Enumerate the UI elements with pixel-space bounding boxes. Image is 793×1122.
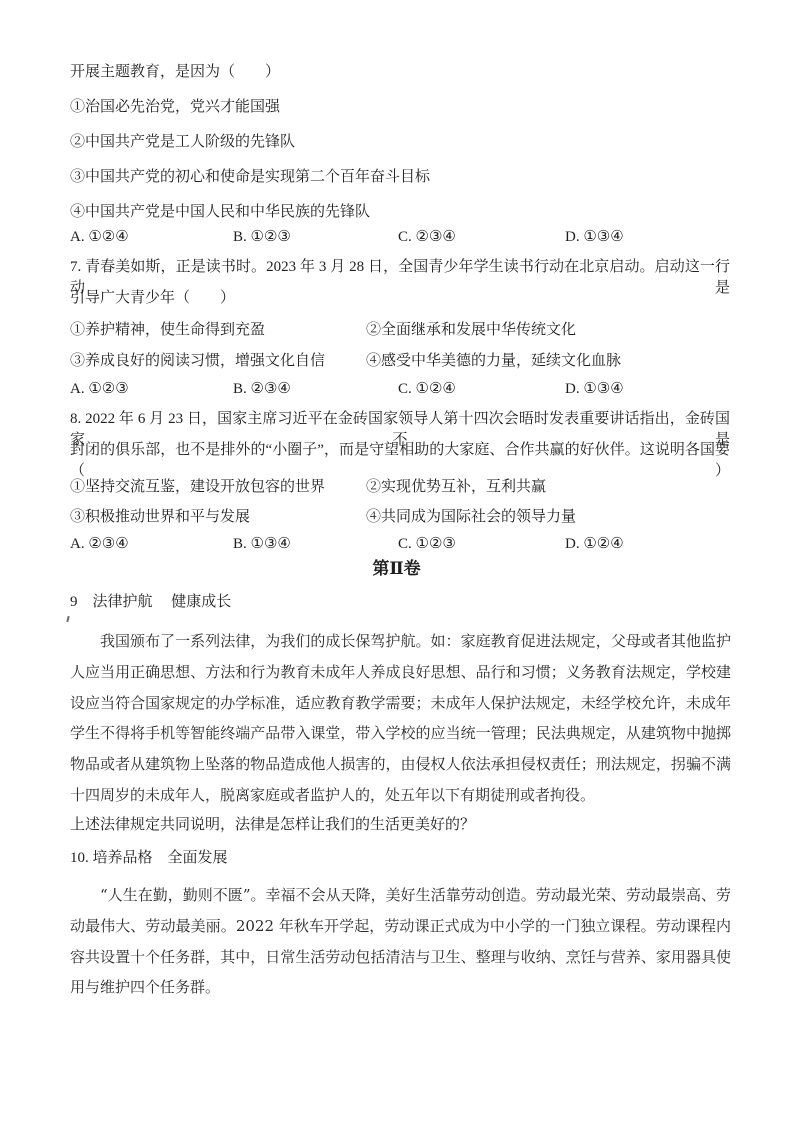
q8-choice-d: D. ①②④ xyxy=(565,534,624,553)
q6-option-1: ①治国必先治党，党兴才能国强 xyxy=(70,97,730,118)
q10-passage: “人生在勤，勤则不匮”。幸福不会从天降，美好生活靠劳动创造。劳动最光荣、劳动最崇… xyxy=(70,880,731,1003)
q8-option-1: ①坚持交流互鉴，建设开放包容的世界 xyxy=(70,475,325,496)
q7-options-row1: ①养护精神，使生命得到充盈 ②全面继承和发展中华传统文化 xyxy=(70,318,730,339)
q7-option-4: ④感受中华美德的力量，延续文化血脉 xyxy=(366,349,621,370)
q6-option-4: ④中国共产党是中国人民和中华民族的先锋队 xyxy=(70,202,730,223)
q7-choice-d: D. ①③④ xyxy=(565,379,624,398)
q6-option-2: ②中国共产党是工人阶级的先锋队 xyxy=(70,132,730,153)
q9-question: 上述法律规定共同说明，法律是怎样让我们的生活更美好的？ xyxy=(70,815,730,836)
q7-choices-row: A. ①②③ B. ②③④ C. ①②④ D. ①③④ xyxy=(70,379,730,400)
q8-choice-a: A. ②③④ xyxy=(70,534,129,553)
q8-option-4: ④共同成为国际社会的领导力量 xyxy=(366,505,576,526)
q7-choice-b: B. ②③④ xyxy=(233,379,291,398)
q6-choice-b: B. ①②③ xyxy=(233,227,291,246)
q8-option-3: ③积极推动世界和平与发展 xyxy=(70,505,250,526)
q7-option-1: ①养护精神，使生命得到充盈 xyxy=(70,318,265,339)
q7-option-2: ②全面继承和发展中华传统文化 xyxy=(366,318,576,339)
q7-stem-line2: 引导广大青少年（ ） xyxy=(70,288,730,309)
q7-option-3: ③养成良好的阅读习惯，增强文化自信 xyxy=(70,349,325,370)
q8-choice-b: B. ①③④ xyxy=(233,534,291,553)
q9-title: 9 法律护航 健康成长 xyxy=(70,592,730,613)
q8-options-row2: ③积极推动世界和平与发展 ④共同成为国际社会的领导力量 xyxy=(70,505,730,526)
q8-choice-c: C. ①②③ xyxy=(398,534,456,553)
q8-choices-row: A. ②③④ B. ①③④ C. ①②③ D. ①②④ xyxy=(70,534,730,555)
q10-title: 10. 培养品格 全面发展 xyxy=(70,848,730,869)
q7-choice-a: A. ①②③ xyxy=(70,379,129,398)
q6-choice-c: C. ②③④ xyxy=(398,227,456,246)
q7-options-row2: ③养成良好的阅读习惯，增强文化自信 ④感受中华美德的力量，延续文化血脉 xyxy=(70,349,730,370)
q7-choice-c: C. ①②④ xyxy=(398,379,456,398)
exam-document-page: 开展主题教育，是因为（ ） ①治国必先治党，党兴才能国强 ②中国共产党是工人阶级… xyxy=(0,0,793,1122)
q6-choice-d: D. ①③④ xyxy=(565,227,624,246)
scan-artifact-mark xyxy=(66,616,69,622)
q8-option-2: ②实现优势互补，互利共赢 xyxy=(366,475,546,496)
q6-choice-a: A. ①②④ xyxy=(70,227,129,246)
q6-choices-row: A. ①②④ B. ①②③ C. ②③④ D. ①③④ xyxy=(70,227,730,248)
q6-stem: 开展主题教育，是因为（ ） xyxy=(70,62,730,83)
q8-options-row1: ①坚持交流互鉴，建设开放包容的世界 ②实现优势互补，互利共赢 xyxy=(70,475,730,496)
q6-option-3: ③中国共产党的初心和使命是实现第二个百年奋斗目标 xyxy=(70,167,730,188)
q9-passage: 我国颁布了一系列法律，为我们的成长保驾护航。如：家庭教育促进法规定，父母或者其他… xyxy=(70,626,731,811)
section-2-title: 第Ⅱ卷 xyxy=(0,558,793,580)
